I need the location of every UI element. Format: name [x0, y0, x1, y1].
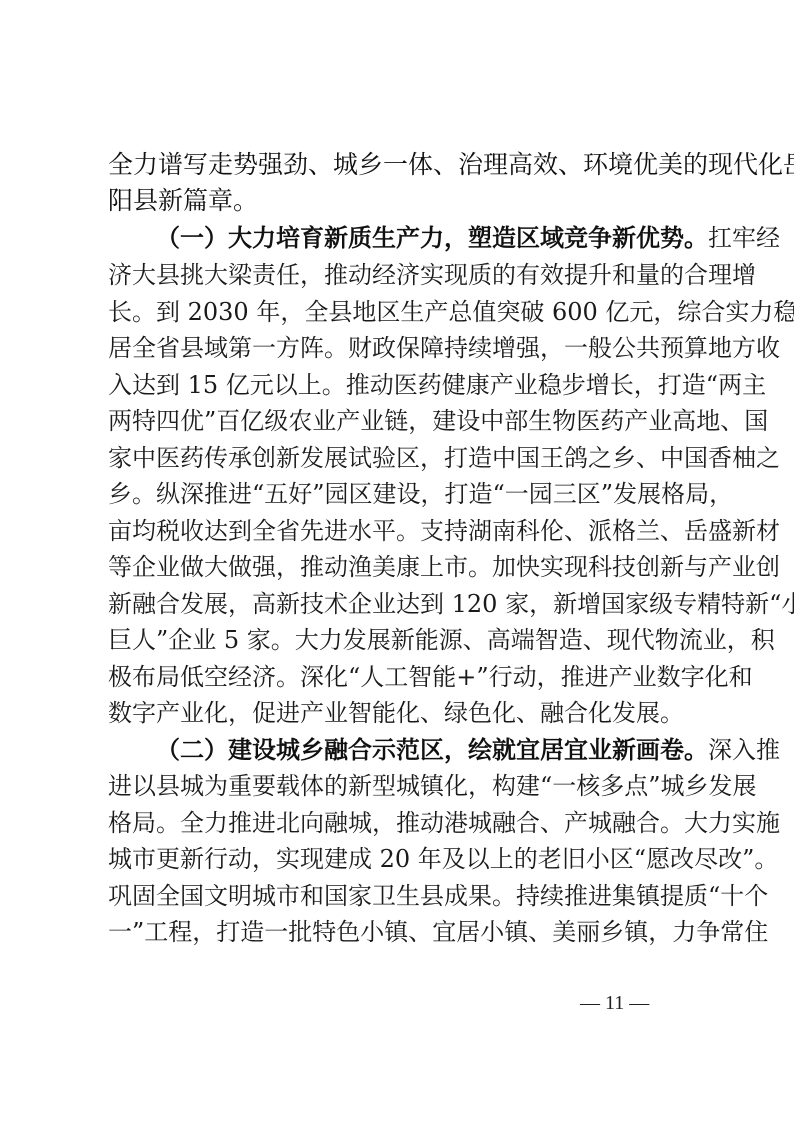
document-page: 全力谱写走势强劲、城乡一体、治理高效、环境优美的现代化岳 阳县新篇章。 （一）大… [0, 0, 794, 1122]
text-line: 长。到 2030 年，全县地区生产总值突破 600 亿元，综合实力稳 [108, 297, 696, 327]
text-line: 极布局低空经济。深化“人工智能+”行动，推进产业数字化和 [108, 662, 696, 692]
section-heading-1: （一）大力培育新质生产力，塑造区域竞争新优势。 [156, 223, 708, 252]
text-line: 居全省县域第一方阵。财政保障持续增强，一般公共预算地方收 [108, 333, 696, 363]
text-run: 深入推 [708, 736, 780, 764]
text-line: 一”工程，打造一批特色小镇、宜居小镇、美丽乡镇，力争常住 [108, 917, 696, 947]
text-line: 阳县新篇章。 [108, 186, 696, 216]
text-line: 进以县城为重要载体的新型城镇化，构建“一核多点”城乡发展 [108, 771, 696, 801]
text-line: 新融合发展，高新技术企业达到 120 家，新增国家级专精特新“小 [108, 589, 696, 619]
page-number: — 11 — [580, 990, 649, 1016]
text-line: 全力谱写走势强劲、城乡一体、治理高效、环境优美的现代化岳 [108, 150, 696, 180]
text-line: 等企业做大做强，推动渔美康上市。加快实现科技创新与产业创 [108, 552, 696, 582]
text-line: 城市更新行动，实现建成 20 年及以上的老旧小区“愿改尽改”。 [108, 844, 696, 874]
text-line: 家中医药传承创新发展试验区，打造中国王鸽之乡、中国香柚之 [108, 443, 696, 473]
section-heading-line: （二）建设城乡融合示范区，绘就宜居宜业新画卷。深入推 [108, 735, 696, 765]
text-run: 扛牢经 [708, 224, 780, 252]
text-line: 巩固全国文明城市和国家卫生县成果。持续推进集镇提质“十个 [108, 881, 696, 911]
text-line: 数字产业化，促进产业智能化、绿色化、融合化发展。 [108, 698, 696, 728]
text-line: 两特四优”百亿级农业产业链，建设中部生物医药产业高地、国 [108, 406, 696, 436]
section-heading-2: （二）建设城乡融合示范区，绘就宜居宜业新画卷。 [156, 735, 708, 764]
text-line: 巨人”企业 5 家。大力发展新能源、高端智造、现代物流业，积 [108, 625, 696, 655]
text-line: 格局。全力推进北向融城，推动港城融合、产城融合。大力实施 [108, 808, 696, 838]
text-line: 入达到 15 亿元以上。推动医药健康产业稳步增长，打造“两主 [108, 370, 696, 400]
text-line: 济大县挑大梁责任，推动经济实现质的有效提升和量的合理增 [108, 260, 696, 290]
section-heading-line: （一）大力培育新质生产力，塑造区域竞争新优势。扛牢经 [108, 223, 696, 253]
text-line: 亩均税收达到全省先进水平。支持湖南科伦、派格兰、岳盛新材 [108, 516, 696, 546]
text-line: 乡。纵深推进“五好”园区建设，打造“一园三区”发展格局， [108, 479, 696, 509]
